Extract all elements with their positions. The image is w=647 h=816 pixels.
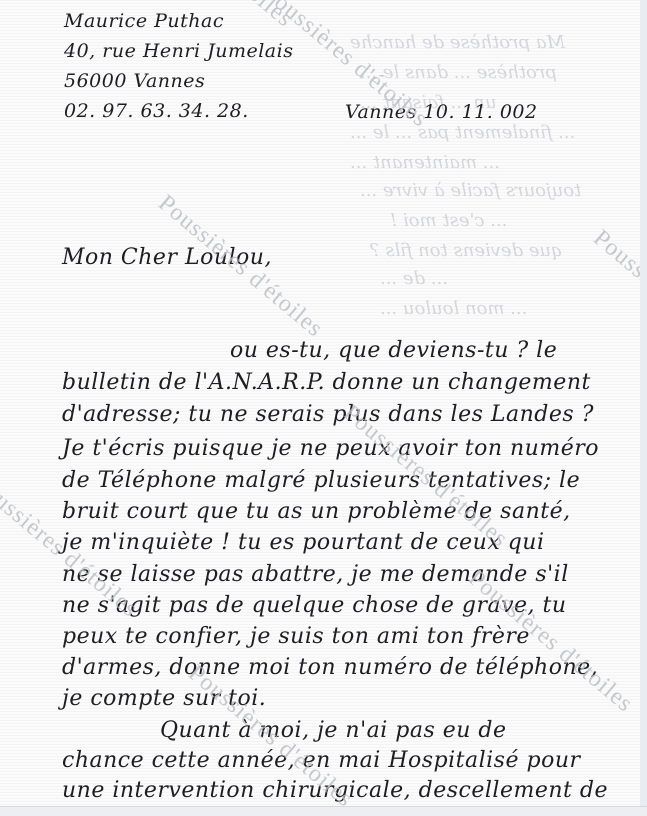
bleed-through-line: Ma prothèse de hanche xyxy=(350,32,565,53)
scan-edge-bottom xyxy=(0,806,647,816)
body-line: Quant à moi, je n'ai pas eu de xyxy=(160,718,507,743)
bleed-through-line: que deviens ton fils ? xyxy=(370,240,563,261)
sender-city: 56000 Vannes xyxy=(64,70,205,92)
body-line: de Téléphone malgré plusieurs tentatives… xyxy=(62,468,580,493)
place-date: Vannes 10. 11. 002 xyxy=(345,101,538,123)
watermark: Poussières d'étoiles xyxy=(588,225,640,378)
bleed-through-line: ... finalement pas ... le ... xyxy=(350,122,575,143)
body-line: bulletin de l'A.N.A.R.P. donne un change… xyxy=(62,370,591,395)
bleed-through-line: toujours facile à vivre ... xyxy=(360,180,581,201)
bleed-through-line: ... c'est moi ! xyxy=(390,210,507,231)
sender-phone: 02. 97. 63. 34. 28. xyxy=(64,100,249,122)
sender-name: Maurice Puthac xyxy=(64,10,224,32)
body-line: d'armes, donne moi ton numéro de télépho… xyxy=(62,655,598,680)
body-line: ou es-tu, que deviens-tu ? le xyxy=(230,338,557,363)
bleed-through-line: ... maintenant ... xyxy=(350,152,500,173)
bleed-through-line: ... de ... xyxy=(380,268,448,289)
sender-street: 40, rue Henri Jumelais xyxy=(64,40,293,62)
body-line: Je t'écris puisque je ne peux avoir ton … xyxy=(62,436,599,461)
body-line: d'adresse; tu ne serais plus dans les La… xyxy=(62,402,594,427)
letter-page: Ma prothèse de hanche prothèse ... dans … xyxy=(0,0,640,806)
bleed-through-line: ... mon loulou ... xyxy=(380,298,527,319)
scan-edge-right xyxy=(640,0,647,816)
body-line: peux te confier, je suis ton ami ton frè… xyxy=(62,624,530,649)
